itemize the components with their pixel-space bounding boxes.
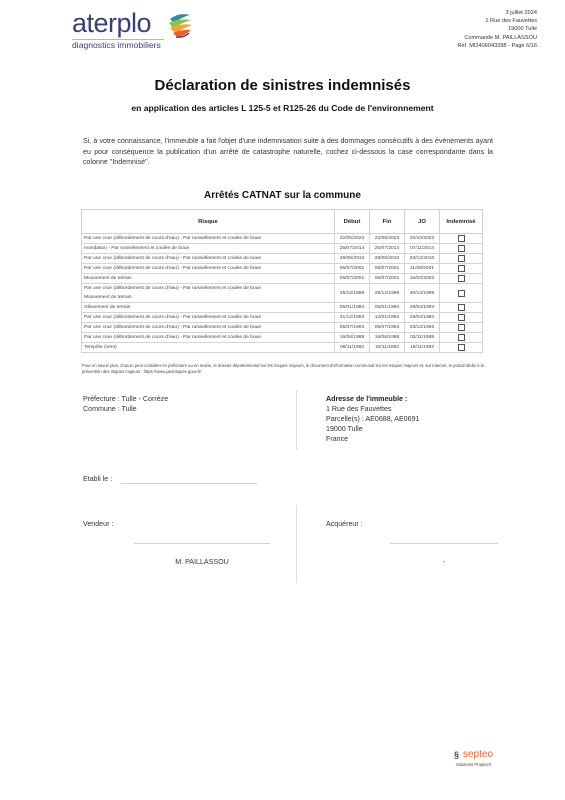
header-date: 3 juillet 2024 (457, 9, 537, 17)
cell-debut: 16/06/1988 (335, 333, 370, 343)
indemnise-checkbox[interactable] (458, 275, 465, 282)
header-reference: Réf. MI2406043398 - Page 6/16 (457, 42, 537, 50)
location-block: Préfecture : Tulle - Corrèze Commune : T… (83, 394, 168, 414)
acquereur-name: - (390, 558, 498, 566)
cell-risque: Par une crue (débordement de cours d'eau… (82, 264, 335, 274)
indemnise-checkbox[interactable] (458, 235, 465, 242)
cell-jo: 29/04/1994 (405, 313, 440, 323)
intro-paragraph: Si, à votre connaissance, l'immeuble a f… (83, 136, 493, 168)
indemnise-checkbox[interactable] (458, 344, 465, 351)
cell-indemnise (440, 303, 483, 313)
cell-debut: 22/05/2023 (335, 234, 370, 244)
cell-indemnise (440, 313, 483, 323)
risque-text: Inondation - Par ruissellement et coulée… (84, 244, 332, 253)
address-parcels: Parcelle(s) : AE0688, AE0691 (326, 414, 419, 424)
logo-wordmark: aterplo (72, 8, 151, 38)
address-city: 19000 Tulle (326, 424, 419, 434)
risque-text: Par une crue (débordement de cours d'eau… (84, 333, 332, 342)
risque-text: Mouvement de terrain (84, 293, 332, 302)
cell-jo: 30/12/1999 (405, 284, 440, 303)
table-row: Tempête (vent)06/11/198210/11/198219/11/… (82, 343, 483, 353)
document-header-info: 3 juillet 2024 1 Rue des Fauvettes 19000… (457, 9, 537, 50)
signature-divider (296, 505, 297, 583)
septeo-logo: § septeo Solutions Proptech (454, 749, 514, 775)
cell-debut: 05/07/2001 (335, 274, 370, 284)
header-debut: Début (335, 210, 370, 234)
cell-risque: Par une crue (débordement de cours d'eau… (82, 323, 335, 333)
cell-jo: 07/11/2014 (405, 244, 440, 254)
indemnise-checkbox[interactable] (458, 255, 465, 262)
header-fin: Fin (370, 210, 405, 234)
risque-text: Par une crue (débordement de cours d'eau… (84, 254, 332, 263)
cell-debut: 05/01/1994 (335, 303, 370, 313)
cell-jo: 03/12/1993 (405, 323, 440, 333)
table-row: Glissement de terrain05/01/199405/01/199… (82, 303, 483, 313)
cell-indemnise (440, 333, 483, 343)
vendeur-signature-field[interactable] (134, 543, 270, 544)
cell-jo: 20/10/2023 (405, 234, 440, 244)
cell-fin: 10/11/1982 (370, 343, 405, 353)
acquereur-signature-field[interactable] (390, 543, 498, 544)
cell-risque: Par une crue (débordement de cours d'eau… (82, 313, 335, 323)
property-address-block: Adresse de l'immeuble : 1 Rue des Fauvet… (326, 394, 419, 444)
table-row: Par une crue (débordement de cours d'eau… (82, 313, 483, 323)
prefecture-text: Préfecture : Tulle - Corrèze (83, 394, 168, 404)
cell-jo: 03/12/2010 (405, 254, 440, 264)
table-row: Inondation - Par ruissellement et coulée… (82, 244, 483, 254)
cell-jo: 19/11/1982 (405, 343, 440, 353)
cell-fin: 12/01/1994 (370, 313, 405, 323)
cell-fin: 06/07/1993 (370, 323, 405, 333)
indemnise-checkbox[interactable] (458, 245, 465, 252)
table-row: Par une crue (débordement de cours d'eau… (82, 284, 483, 303)
table-row: Mouvement de terrain05/07/200106/07/2001… (82, 274, 483, 284)
risque-text: Tempête (vent) (84, 343, 332, 352)
indemnise-checkbox[interactable] (458, 304, 465, 311)
cell-risque: Par une crue (débordement de cours d'eau… (82, 284, 335, 303)
cell-fin: 06/07/2001 (370, 264, 405, 274)
table-footnote: Pour en savoir plus, chacun peut consult… (82, 363, 484, 374)
header-address: 1 Rue des Fauvettes (457, 17, 537, 25)
cell-indemnise (440, 343, 483, 353)
risque-text: Par une crue (débordement de cours d'eau… (84, 313, 332, 322)
cell-jo: 16/03/2002 (405, 274, 440, 284)
header-indemnise: Indemnisé (440, 210, 483, 234)
indemnise-checkbox[interactable] (458, 265, 465, 272)
risque-text: Par une crue (débordement de cours d'eau… (84, 234, 332, 243)
cell-risque: Inondation - Par ruissellement et coulée… (82, 244, 335, 254)
cell-indemnise (440, 274, 483, 284)
indemnise-checkbox[interactable] (458, 314, 465, 321)
cell-fin: 29/12/1999 (370, 284, 405, 303)
table-title: Arrêtés CATNAT sur la commune (0, 190, 565, 201)
logo-tagline: diagnostics immobiliers (72, 40, 161, 50)
table-row: Par une crue (débordement de cours d'eau… (82, 264, 483, 274)
acquereur-label: Acquéreur : (326, 520, 363, 528)
column-divider (296, 390, 297, 450)
page-subtitle: en application des articles L 125-5 et R… (0, 103, 565, 113)
cell-fin: 05/01/1994 (370, 303, 405, 313)
page-title: Déclaration de sinistres indemnisés (0, 77, 565, 94)
cell-risque: Tempête (vent) (82, 343, 335, 353)
table-row: Par une crue (débordement de cours d'eau… (82, 333, 483, 343)
header-order: Commande M. PAILLASSOU (457, 34, 537, 42)
cell-fin: 25/07/2014 (370, 244, 405, 254)
cell-jo: 03/11/1988 (405, 333, 440, 343)
cell-debut: 25/12/1999 (335, 284, 370, 303)
risque-text: Glissement de terrain (84, 303, 332, 312)
header-city: 19000 Tulle (457, 25, 537, 33)
aterplo-globe-icon (164, 10, 194, 40)
table-row: Par une crue (débordement de cours d'eau… (82, 323, 483, 333)
cell-indemnise (440, 284, 483, 303)
risque-text: Mouvement de terrain (84, 274, 332, 283)
cell-debut: 05/07/1993 (335, 323, 370, 333)
cell-fin: 22/05/2023 (370, 234, 405, 244)
risque-text: Par une crue (débordement de cours d'eau… (84, 323, 332, 332)
cell-risque: Par une crue (débordement de cours d'eau… (82, 234, 335, 244)
header-jo: JO (405, 210, 440, 234)
address-country: France (326, 434, 419, 444)
cell-indemnise (440, 254, 483, 264)
cell-fin: 28/06/2010 (370, 254, 405, 264)
table-row: Par une crue (débordement de cours d'eau… (82, 254, 483, 264)
aterplo-logo: aterplo diagnostics immobiliers (72, 8, 202, 50)
cell-jo: 29/04/1994 (405, 303, 440, 313)
septeo-icon: § (454, 750, 459, 760)
header-risque: Risque (82, 210, 335, 234)
septeo-wordmark: septeo (463, 749, 493, 760)
cell-indemnise (440, 323, 483, 333)
risque-text: Par une crue (débordement de cours d'eau… (84, 284, 332, 293)
table-row: Par une crue (débordement de cours d'eau… (82, 234, 483, 244)
indemnise-checkbox[interactable] (458, 290, 465, 297)
cell-debut: 28/06/2010 (335, 254, 370, 264)
cell-risque: Par une crue (débordement de cours d'eau… (82, 254, 335, 264)
vendeur-label: Vendeur : (83, 520, 113, 528)
catnat-table: Risque Début Fin JO Indemnisé Par une cr… (81, 209, 483, 353)
etabli-label: Etabli le : (83, 475, 112, 483)
table-header-row: Risque Début Fin JO Indemnisé (82, 210, 483, 234)
cell-debut: 25/07/2014 (335, 244, 370, 254)
cell-fin: 16/06/1988 (370, 333, 405, 343)
cell-risque: Glissement de terrain (82, 303, 335, 313)
cell-indemnise (440, 244, 483, 254)
indemnise-checkbox[interactable] (458, 324, 465, 331)
vendeur-name: M. PAILLASSOU (134, 558, 270, 566)
etabli-field[interactable] (121, 483, 257, 484)
indemnise-checkbox[interactable] (458, 334, 465, 341)
risque-text: Par une crue (débordement de cours d'eau… (84, 264, 332, 273)
cell-fin: 06/07/2001 (370, 274, 405, 284)
septeo-tagline: Solutions Proptech (456, 762, 491, 767)
address-street: 1 Rue des Fauvettes (326, 404, 419, 414)
cell-debut: 05/07/2001 (335, 264, 370, 274)
cell-indemnise (440, 264, 483, 274)
cell-debut: 21/12/1993 (335, 313, 370, 323)
cell-indemnise (440, 234, 483, 244)
cell-jo: 11/08/2001 (405, 264, 440, 274)
commune-text: Commune : Tulle (83, 404, 168, 414)
cell-risque: Par une crue (débordement de cours d'eau… (82, 333, 335, 343)
cell-risque: Mouvement de terrain (82, 274, 335, 284)
cell-debut: 06/11/1982 (335, 343, 370, 353)
address-heading: Adresse de l'immeuble : (326, 394, 419, 404)
